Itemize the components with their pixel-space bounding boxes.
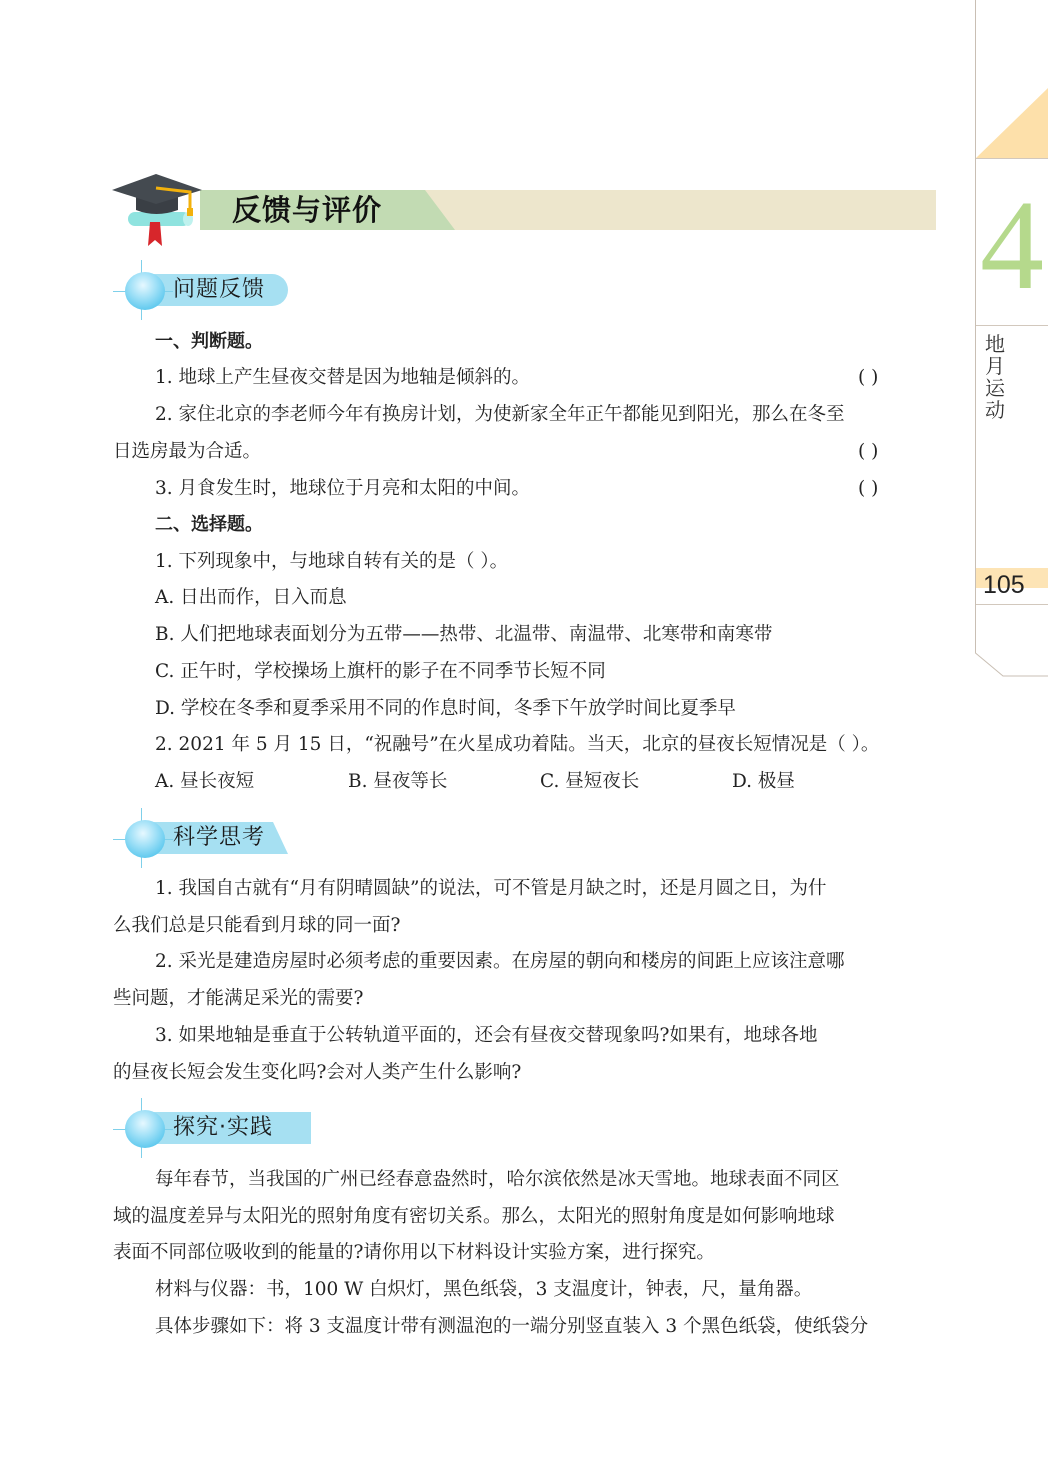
side-divider	[976, 158, 1048, 159]
choice-q1-stem: 1. 下列现象中，与地球自转有关的是（ ）。	[155, 550, 508, 574]
thinking-q3: 3. 如果地轴是垂直于公转轨道平面的，还会有昼夜交替现象吗?如果有，地球各地	[155, 1024, 817, 1048]
choice-q1-option-d[interactable]: D. 学校在冬季和夏季采用不同的作息时间，冬季下午放学时间比夏季早	[155, 697, 736, 721]
section-badge-inquiry: 探究·实践	[113, 1098, 333, 1158]
thinking-q2: 2. 采光是建造房屋时必须考虑的重要因素。在房屋的朝向和楼房的间距上应该注意哪	[155, 950, 845, 974]
judgment-heading: 一、判断题。	[155, 330, 263, 354]
choice-q1-option-b[interactable]: B. 人们把地球表面划分为五带——热带、北温带、南温带、北寒带和南寒带	[155, 623, 772, 647]
thinking-q3-cont: 的昼夜长短会发生变化吗?会对人类产生什么影响?	[113, 1061, 521, 1085]
inquiry-intro-line-3: 表面不同部位吸收到的能量的?请你用以下材料设计实验方案，进行探究。	[113, 1241, 715, 1265]
side-divider	[976, 604, 1048, 605]
judgment-item-2-cont: 日选房最为合适。	[113, 440, 261, 464]
globe-bullet-icon	[125, 820, 165, 858]
globe-bullet-icon	[125, 272, 165, 310]
judgment-item-1: 1. 地球上产生昼夜交替是因为地轴是倾斜的。	[155, 366, 530, 390]
choice-heading: 二、选择题。	[155, 513, 263, 537]
page-number: 105	[983, 571, 1025, 600]
page-title: 反馈与评价	[232, 190, 382, 230]
section-heading: 问题反馈	[173, 273, 265, 307]
choice-q2-option-b[interactable]: B. 昼夜等长	[348, 770, 447, 794]
inquiry-intro-line-2: 域的温度差异与太阳光的照射角度有密切关系。那么，太阳光的照射角度是如何影响地球	[113, 1205, 835, 1229]
thinking-q2-cont: 些问题，才能满足采光的需要?	[113, 987, 363, 1011]
judgment-item-3: 3. 月食发生时，地球位于月亮和太阳的中间。	[155, 477, 530, 501]
section-heading: 探究·实践	[173, 1111, 273, 1145]
choice-q2-option-c[interactable]: C. 昼短夜长	[540, 770, 639, 794]
accent-triangle-icon	[976, 88, 1048, 158]
side-tab-corner	[975, 645, 1048, 677]
section-heading: 科学思考	[173, 821, 265, 855]
choice-q2-stem: 2. 2021 年 5 月 15 日，“祝融号”在火星成功着陆。当天，北京的昼夜…	[155, 733, 879, 757]
section-badge-feedback: 问题反馈	[113, 260, 333, 320]
choice-q2-option-d[interactable]: D. 极昼	[732, 770, 795, 794]
answer-blank[interactable]: ( )	[858, 477, 878, 501]
globe-bullet-icon	[125, 1110, 165, 1148]
answer-blank[interactable]: ( )	[858, 440, 878, 464]
judgment-item-2: 2. 家住北京的李老师今年有换房计划，为使新家全年正午都能见到阳光，那么在冬至	[155, 403, 845, 427]
inquiry-materials: 材料与仪器：书，100 W 白炽灯，黑色纸袋，3 支温度计，钟表，尺，量角器。	[155, 1278, 812, 1302]
choice-q2-option-a[interactable]: A. 昼长夜短	[155, 770, 254, 794]
choice-q1-option-a[interactable]: A. 日出而作，日入而息	[155, 586, 347, 610]
chapter-number: 4	[980, 180, 1040, 310]
answer-blank[interactable]: ( )	[858, 366, 878, 390]
side-divider	[976, 325, 1048, 326]
inquiry-steps: 具体步骤如下：将 3 支温度计带有测温泡的一端分别竖直装入 3 个黑色纸袋，使纸…	[155, 1315, 868, 1339]
chapter-title: 地月运动	[985, 333, 1011, 421]
inquiry-intro-line-1: 每年春节，当我国的广州已经春意盎然时，哈尔滨依然是冰天雪地。地球表面不同区	[155, 1168, 840, 1192]
thinking-q1: 1. 我国自古就有“月有阴晴圆缺”的说法，可不管是月缺之时，还是月圆之日，为什	[155, 877, 826, 901]
thinking-q1-cont: 么我们总是只能看到月球的同一面?	[113, 914, 400, 938]
graduation-cap-icon	[110, 170, 205, 250]
choice-q1-option-c[interactable]: C. 正午时，学校操场上旗杆的影子在不同季节长短不同	[155, 660, 606, 684]
section-badge-thinking: 科学思考	[113, 808, 333, 868]
